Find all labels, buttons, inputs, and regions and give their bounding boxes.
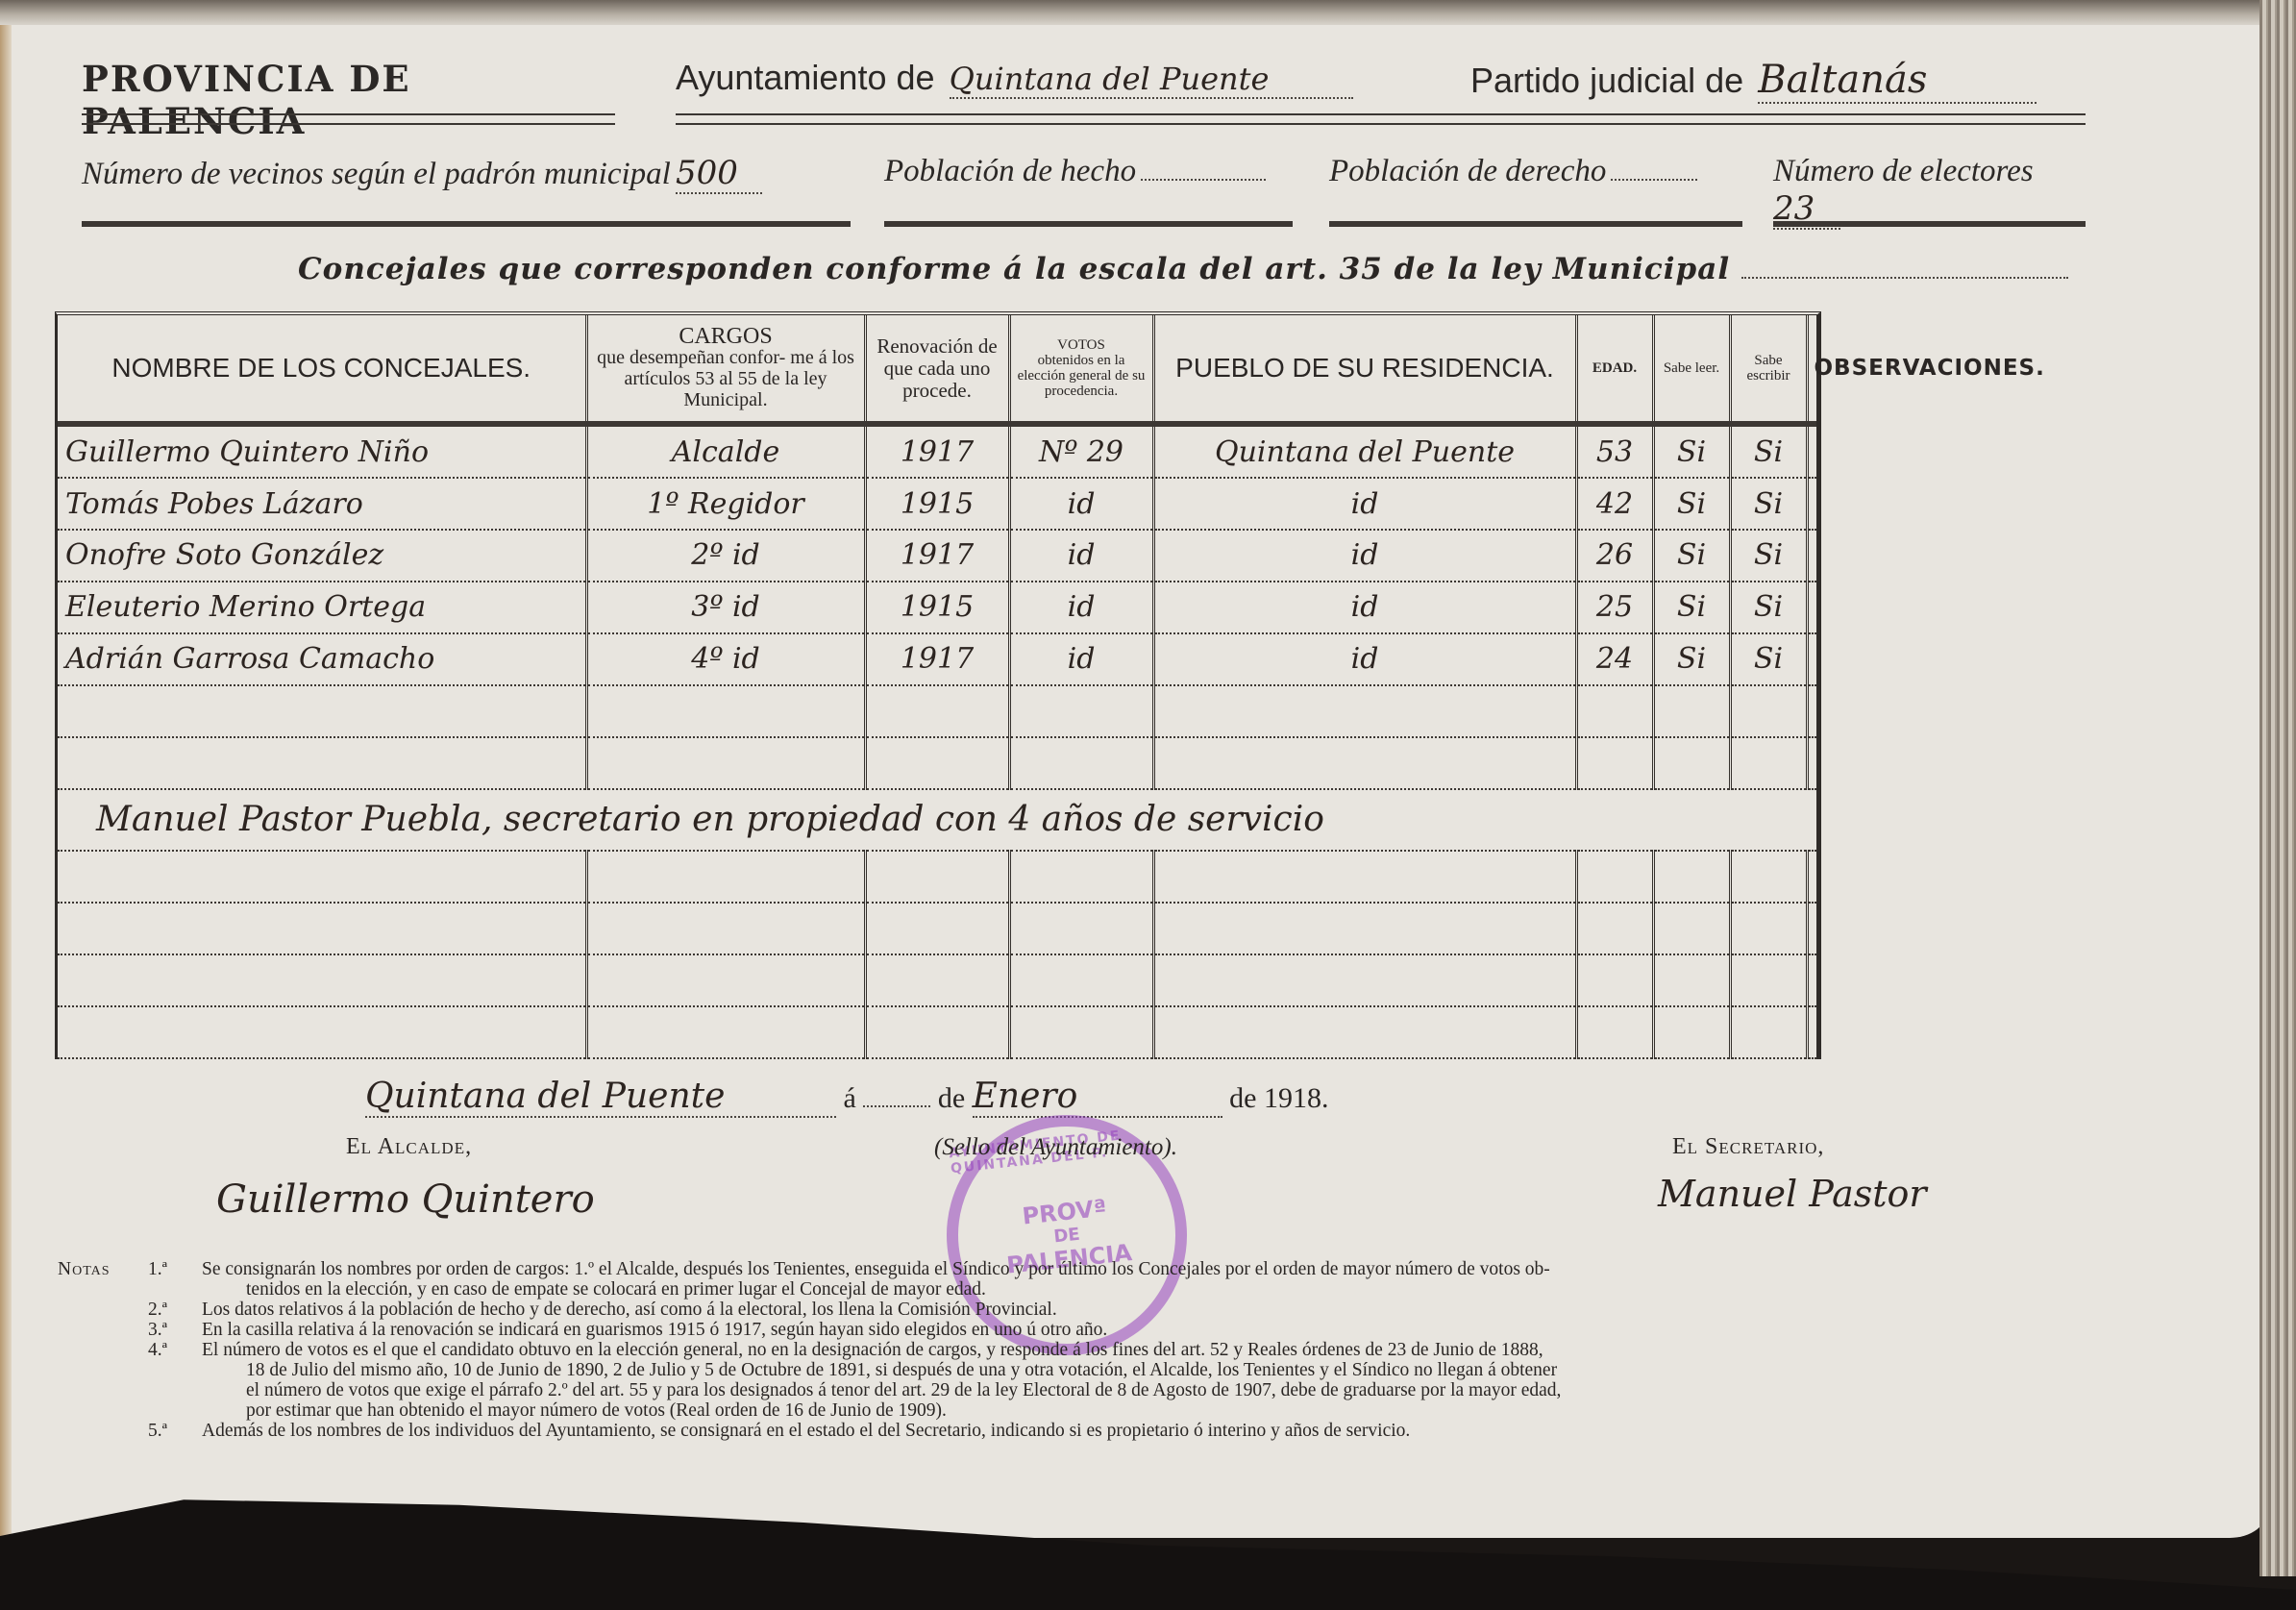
empty-cell[interactable]	[1730, 737, 1807, 789]
heavy-rule	[884, 221, 1293, 227]
empty-cell[interactable]	[586, 851, 865, 903]
cell-edad[interactable]: 42	[1576, 478, 1653, 530]
empty-cell[interactable]	[1807, 903, 1816, 954]
stamp-line-2: DE	[1052, 1224, 1080, 1247]
double-rule	[1470, 113, 2086, 125]
poblacion-derecho-label: Población de derecho	[1329, 154, 1606, 188]
date-place[interactable]: Quintana del Puente	[365, 1077, 836, 1118]
empty-cell[interactable]	[1009, 903, 1153, 954]
cell-renovacion[interactable]: 1917	[865, 633, 1009, 685]
note-number: 4.ª	[148, 1340, 167, 1360]
cell-observaciones[interactable]	[1807, 424, 1816, 478]
note-number: 5.ª	[148, 1421, 167, 1441]
note-item: 2.ª Los datos relativos á la población d…	[58, 1300, 2201, 1320]
page-stack-edge	[2259, 0, 2296, 1576]
note-text-cont: por estimar que han obtenido el mayor nú…	[202, 1400, 2201, 1421]
electores-block: Número de electores 23	[1773, 154, 2086, 227]
header-observaciones: OBSERVACIONES.	[1807, 315, 1816, 424]
cell-leer[interactable]: Si	[1653, 530, 1730, 582]
cell-pueblo[interactable]: id	[1153, 478, 1576, 530]
cell-leer[interactable]: Si	[1653, 633, 1730, 685]
cell-nombre[interactable]: Tomás Pobes Lázaro	[58, 478, 586, 530]
empty-cell[interactable]	[1653, 737, 1730, 789]
empty-cell[interactable]	[1653, 1006, 1730, 1058]
empty-cell[interactable]	[1730, 851, 1807, 903]
empty-cell[interactable]	[1009, 737, 1153, 789]
cell-observaciones[interactable]	[1807, 478, 1816, 530]
table-row-empty	[58, 903, 1816, 954]
empty-cell[interactable]	[58, 851, 586, 903]
cell-observaciones[interactable]	[1807, 530, 1816, 582]
empty-cell[interactable]	[1807, 1006, 1816, 1058]
empty-cell[interactable]	[1153, 954, 1576, 1006]
cell-nombre[interactable]: Onofre Soto González	[58, 530, 586, 582]
empty-cell[interactable]	[58, 954, 586, 1006]
alcalde-label: El Alcalde,	[346, 1134, 472, 1160]
date-line: Quintana del Puente á de Enero de 1918.	[365, 1077, 1328, 1118]
note-item: 4.ª El número de votos es el que el cand…	[58, 1340, 2201, 1421]
heavy-rule	[1329, 221, 1742, 227]
empty-cell[interactable]	[1576, 1006, 1653, 1058]
cell-edad[interactable]: 24	[1576, 633, 1653, 685]
empty-cell[interactable]	[1807, 851, 1816, 903]
note-text: Además de los nombres de los individuos …	[202, 1421, 2201, 1441]
note-item: 5.ª Además de los nombres de los individ…	[58, 1421, 2201, 1441]
notes-section: Notas 1.ª Se consignarán los nombres por…	[58, 1259, 2201, 1441]
ayuntamiento-block: Ayuntamiento de Quintana del Puente	[676, 58, 1488, 125]
header-edad: EDAD.	[1576, 315, 1653, 424]
note-text: Los datos relativos á la población de he…	[202, 1300, 2201, 1320]
heavy-rule	[1773, 221, 2086, 227]
cell-leer[interactable]: Si	[1653, 478, 1730, 530]
cell-pueblo[interactable]: Quintana del Puente	[1153, 424, 1576, 478]
table-row-empty	[58, 954, 1816, 1006]
cell-observaciones[interactable]	[1807, 633, 1816, 685]
poblacion-derecho-value[interactable]	[1611, 154, 1697, 181]
header-votos: VOTOS obtenidos en la elección general d…	[1009, 315, 1153, 424]
empty-cell[interactable]	[586, 737, 865, 789]
cell-pueblo[interactable]: id	[1153, 582, 1576, 633]
poblacion-derecho-block: Población de derecho	[1329, 154, 1742, 227]
empty-cell[interactable]	[1576, 954, 1653, 1006]
empty-cell[interactable]	[586, 954, 865, 1006]
empty-cell[interactable]	[1153, 685, 1576, 737]
vecinos-value[interactable]: 500	[676, 154, 762, 194]
secretary-note-row: Manuel Pastor Puebla, secretario en prop…	[58, 789, 1816, 851]
cell-nombre[interactable]: Guillermo Quintero Niño	[58, 424, 586, 478]
heavy-rule	[82, 221, 851, 227]
concejales-table: NOMBRE DE LOS CONCEJALES. CARGOS que des…	[55, 311, 1821, 1059]
empty-cell[interactable]	[865, 851, 1009, 903]
alcalde-signature: Guillermo Quintero	[216, 1177, 595, 1222]
empty-cell[interactable]	[1807, 954, 1816, 1006]
cell-observaciones[interactable]	[1807, 582, 1816, 633]
header-votos-title: VOTOS	[1017, 337, 1147, 353]
cell-pueblo[interactable]: id	[1153, 633, 1576, 685]
empty-cell[interactable]	[865, 737, 1009, 789]
header-sabe-leer: Sabe leer.	[1653, 315, 1730, 424]
table-row: Guillermo Quintero Niño Alcalde 1917 Nº …	[58, 424, 1816, 478]
empty-cell[interactable]	[1153, 903, 1576, 954]
concejales-count-field[interactable]	[1741, 277, 2068, 279]
document-page: PROVINCIA DE PALENCIA Ayuntamiento de Qu…	[0, 0, 2268, 1538]
empty-cell[interactable]	[1653, 954, 1730, 1006]
secretario-signature: Manuel Pastor	[1658, 1173, 1927, 1215]
empty-cell[interactable]	[1009, 954, 1153, 1006]
cell-votos[interactable]: id	[1009, 633, 1153, 685]
secretario-label: El Secretario,	[1672, 1134, 1824, 1160]
empty-cell[interactable]	[865, 685, 1009, 737]
date-month[interactable]: Enero	[973, 1077, 1222, 1118]
page-edge-top	[0, 0, 2296, 25]
note-number: 3.ª	[148, 1320, 167, 1340]
cell-cargo[interactable]: 1º Regidor	[586, 478, 865, 530]
empty-cell[interactable]	[1576, 737, 1653, 789]
secretary-note[interactable]: Manuel Pastor Puebla, secretario en prop…	[58, 789, 1816, 851]
header-nombre: NOMBRE DE LOS CONCEJALES.	[58, 315, 586, 424]
concejales-text: Concejales que corresponden conforme á l…	[298, 252, 1730, 286]
header-sabe-escribir: Sabe escribir	[1730, 315, 1807, 424]
header-cargos: CARGOS que desempeñan confor- me á los a…	[586, 315, 865, 424]
header-votos-sub: obtenidos en la elección general de su p…	[1017, 353, 1147, 399]
empty-cell[interactable]	[1153, 737, 1576, 789]
stamp-line-1: PROVª	[1021, 1194, 1107, 1229]
empty-cell[interactable]	[1653, 685, 1730, 737]
empty-cell[interactable]	[1153, 851, 1576, 903]
province-block: PROVINCIA DE PALENCIA	[82, 58, 615, 125]
table-row-empty	[58, 737, 1816, 789]
cell-escribir[interactable]: Si	[1730, 633, 1807, 685]
empty-cell[interactable]	[1576, 851, 1653, 903]
book-binding	[0, 0, 12, 1538]
cell-cargo[interactable]: Alcalde	[586, 424, 865, 478]
cell-edad[interactable]: 26	[1576, 530, 1653, 582]
note-text: El número de votos es el que el candidat…	[202, 1340, 2201, 1360]
cell-votos[interactable]: Nº 29	[1009, 424, 1153, 478]
empty-cell[interactable]	[586, 1006, 865, 1058]
empty-cell[interactable]	[865, 903, 1009, 954]
cell-escribir[interactable]: Si	[1730, 530, 1807, 582]
cell-votos[interactable]: id	[1009, 582, 1153, 633]
cell-edad[interactable]: 25	[1576, 582, 1653, 633]
empty-cell[interactable]	[586, 685, 865, 737]
cell-escribir[interactable]: Si	[1730, 424, 1807, 478]
cell-cargo[interactable]: 2º id	[586, 530, 865, 582]
partido-block: Partido judicial de Baltanás	[1470, 58, 2086, 125]
vecinos-label: Número de vecinos según el padrón munici…	[82, 157, 671, 191]
cell-pueblo[interactable]: id	[1153, 530, 1576, 582]
table-row: Eleuterio Merino Ortega 3º id 1915 id id…	[58, 582, 1816, 633]
cell-votos[interactable]: id	[1009, 530, 1153, 582]
header-cargos-title: CARGOS	[594, 326, 858, 347]
cell-escribir[interactable]: Si	[1730, 478, 1807, 530]
header-pueblo: PUEBLO DE SU RESIDENCIA.	[1153, 315, 1576, 424]
empty-cell[interactable]	[1576, 685, 1653, 737]
date-a-label: á	[844, 1082, 856, 1114]
double-rule	[676, 113, 1488, 125]
cell-leer[interactable]: Si	[1653, 424, 1730, 478]
date-day[interactable]	[863, 1080, 930, 1107]
table-row: Adrián Garrosa Camacho 4º id 1917 id id …	[58, 633, 1816, 685]
empty-cell[interactable]	[58, 685, 586, 737]
header-cargos-sub: que desempeñan confor- me á los artículo…	[594, 347, 858, 410]
date-year: de 1918.	[1229, 1082, 1328, 1114]
cell-votos[interactable]: id	[1009, 478, 1153, 530]
empty-cell[interactable]	[1653, 851, 1730, 903]
table-row-empty	[58, 851, 1816, 903]
ayuntamiento-label: Ayuntamiento de	[676, 58, 935, 97]
empty-cell[interactable]	[1730, 685, 1807, 737]
table-row: Tomás Pobes Lázaro 1º Regidor 1915 id id…	[58, 478, 1816, 530]
form-header: PROVINCIA DE PALENCIA Ayuntamiento de Qu…	[77, 58, 2086, 135]
empty-cell[interactable]	[1807, 737, 1816, 789]
empty-cell[interactable]	[58, 1006, 586, 1058]
empty-cell[interactable]	[1730, 903, 1807, 954]
note-number: 2.ª	[148, 1300, 167, 1320]
note-text-cont: el número de votos que exige el párrafo …	[202, 1380, 2201, 1400]
header-renovacion: Renovación de que cada uno procede.	[865, 315, 1009, 424]
note-text: Se consignarán los nombres por orden de …	[202, 1259, 2201, 1279]
note-item: Notas 1.ª Se consignarán los nombres por…	[58, 1259, 2201, 1300]
empty-cell[interactable]	[1807, 685, 1816, 737]
population-stats: Número de vecinos según el padrón munici…	[77, 154, 2086, 231]
empty-cell[interactable]	[1730, 954, 1807, 1006]
electores-label: Número de electores	[1773, 154, 2034, 188]
empty-cell[interactable]	[865, 954, 1009, 1006]
date-de-label: de	[938, 1082, 965, 1114]
empty-cell[interactable]	[586, 903, 865, 954]
cell-nombre[interactable]: Eleuterio Merino Ortega	[58, 582, 586, 633]
notes-label: Notas	[58, 1259, 111, 1279]
ayuntamiento-value[interactable]: Quintana del Puente	[950, 61, 1353, 99]
empty-cell[interactable]	[1009, 851, 1153, 903]
table-row-empty	[58, 685, 1816, 737]
empty-cell[interactable]	[1653, 903, 1730, 954]
cell-renovacion[interactable]: 1915	[865, 582, 1009, 633]
poblacion-hecho-label: Población de hecho	[884, 154, 1136, 188]
partido-value[interactable]: Baltanás	[1758, 58, 2037, 104]
cell-escribir[interactable]: Si	[1730, 582, 1807, 633]
table-row: Onofre Soto González 2º id 1917 id id 26…	[58, 530, 1816, 582]
cell-nombre[interactable]: Adrián Garrosa Camacho	[58, 633, 586, 685]
cell-cargo[interactable]: 3º id	[586, 582, 865, 633]
double-rule	[82, 113, 615, 125]
note-item: 3.ª En la casilla relativa á la renovaci…	[58, 1320, 2201, 1340]
cell-leer[interactable]: Si	[1653, 582, 1730, 633]
empty-cell[interactable]	[1576, 903, 1653, 954]
note-text-cont: tenidos en la elección, y en caso de emp…	[202, 1279, 2201, 1300]
table-header-row: NOMBRE DE LOS CONCEJALES. CARGOS que des…	[58, 315, 1816, 424]
empty-cell[interactable]	[58, 737, 586, 789]
cell-renovacion[interactable]: 1917	[865, 530, 1009, 582]
note-number: 1.ª	[148, 1259, 167, 1279]
cell-renovacion[interactable]: 1917	[865, 424, 1009, 478]
empty-cell[interactable]	[865, 1006, 1009, 1058]
partido-label: Partido judicial de	[1470, 61, 1743, 100]
note-text: En la casilla relativa á la renovación s…	[202, 1320, 2201, 1340]
cell-edad[interactable]: 53	[1576, 424, 1653, 478]
empty-cell[interactable]	[1730, 1006, 1807, 1058]
empty-cell[interactable]	[1009, 1006, 1153, 1058]
province-title: PROVINCIA DE PALENCIA	[82, 58, 411, 142]
concejales-heading: Concejales que corresponden conforme á l…	[298, 252, 2068, 286]
empty-cell[interactable]	[1009, 685, 1153, 737]
cell-renovacion[interactable]: 1915	[865, 478, 1009, 530]
table-row-empty	[58, 1006, 1816, 1058]
cell-cargo[interactable]: 4º id	[586, 633, 865, 685]
poblacion-hecho-value[interactable]	[1141, 154, 1266, 181]
poblacion-hecho-block: Población de hecho	[884, 154, 1293, 227]
sello-label: (Sello del Ayuntamiento).	[934, 1134, 1177, 1161]
note-text-cont: 18 de Julio del mismo año, 10 de Junio d…	[202, 1360, 2201, 1380]
empty-cell[interactable]	[1153, 1006, 1576, 1058]
vecinos-block: Número de vecinos según el padrón munici…	[82, 154, 851, 227]
empty-cell[interactable]	[58, 903, 586, 954]
